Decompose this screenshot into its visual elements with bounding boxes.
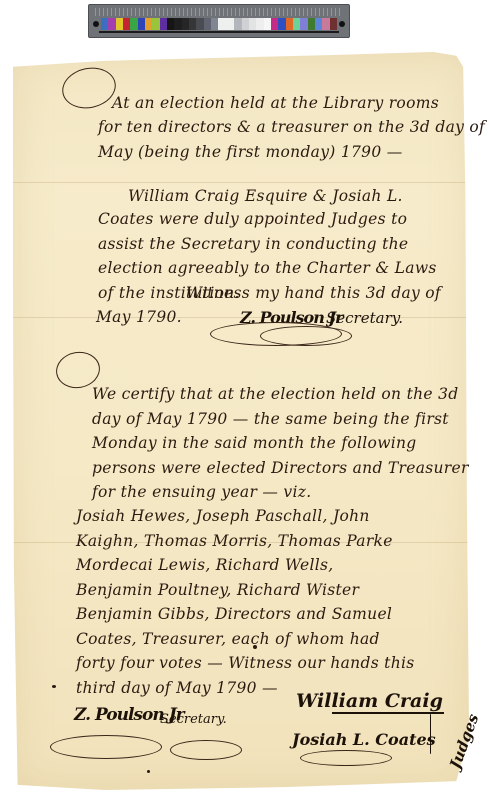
color-swatch <box>160 18 167 30</box>
election-notice-paragraph: At an election held at the Library rooms <box>112 91 439 116</box>
witness-date: May 1790. <box>96 305 182 330</box>
color-swatch <box>204 18 211 30</box>
text-line: Josiah Hewes, Joseph Paschall, John <box>76 504 415 529</box>
color-swatch <box>138 18 145 30</box>
text-line: We certify that at the election held on … <box>92 382 469 407</box>
color-swatch <box>116 18 123 30</box>
mount-hole <box>93 21 99 27</box>
text-line: assist the Secretary in conducting the <box>98 232 437 257</box>
text-line: forty four votes — Witness our hands thi… <box>76 651 415 676</box>
signature-flourish <box>170 740 242 760</box>
color-swatch <box>242 18 249 30</box>
color-swatch <box>108 18 115 30</box>
color-swatch <box>271 18 278 30</box>
judges-bracket <box>430 714 432 754</box>
text-line: for ten directors & a treasurer on the 3… <box>98 115 485 140</box>
color-swatch <box>249 18 256 30</box>
ink-blot <box>52 685 56 688</box>
ink-blot <box>253 645 257 649</box>
color-swatch <box>123 18 130 30</box>
text-line: election agreeably to the Charter & Laws <box>98 256 437 281</box>
color-swatch <box>130 18 137 30</box>
text-line: Monday in the said month the following <box>92 431 469 456</box>
text-line: Benjamin Gibbs, Directors and Samuel <box>76 602 415 627</box>
target-bar <box>99 31 339 33</box>
judges-appointment-paragraph: William Craig Esquire & Josiah L. <box>128 184 403 209</box>
witness-line: Witness my hand this 3d day of <box>186 281 441 306</box>
election-notice-paragraph-cont: for ten directors & a treasurer on the 3… <box>98 115 485 164</box>
paper-fold <box>13 182 470 183</box>
color-swatch <box>264 18 271 30</box>
color-swatch <box>101 18 108 30</box>
color-swatch <box>322 18 329 30</box>
text-line: Coates were duly appointed Judges to <box>98 207 437 232</box>
text-line: William Craig Esquire & Josiah L. <box>128 184 403 209</box>
color-swatch <box>182 18 189 30</box>
text-line: At an election held at the Library rooms <box>112 91 439 116</box>
color-swatch <box>286 18 293 30</box>
text-line: Coates, Treasurer, each of whom had <box>76 627 415 652</box>
text-line: May (being the first monday) 1790 — <box>98 140 485 165</box>
color-calibration-target <box>88 4 350 38</box>
signature-flourish <box>300 750 392 766</box>
certification-paragraph: We certify that at the election held on … <box>92 382 469 505</box>
color-swatch <box>167 18 174 30</box>
color-swatch <box>196 18 203 30</box>
target-label-card <box>218 18 234 30</box>
color-swatch <box>300 18 307 30</box>
text-line: Benjamin Poultney, Richard Wister <box>76 578 415 603</box>
ink-blot <box>147 770 150 773</box>
color-swatches <box>101 18 337 30</box>
signature-flourish <box>260 326 352 346</box>
text-line: Witness my hand this 3d day of <box>186 281 441 306</box>
color-swatch <box>174 18 181 30</box>
signature-flourish <box>50 735 162 759</box>
text-line: Kaighn, Thomas Morris, Thomas Parke <box>76 529 415 554</box>
judge-signature-craig: William Craig <box>296 690 443 712</box>
color-swatch <box>278 18 285 30</box>
ruler-scale <box>95 8 343 16</box>
color-swatch <box>293 18 300 30</box>
color-swatch <box>256 18 263 30</box>
color-swatch <box>308 18 315 30</box>
text-line: for the ensuing year — viz. <box>92 480 469 505</box>
color-swatch <box>152 18 159 30</box>
elected-names-list: Josiah Hewes, Joseph Paschall, John Kaig… <box>76 504 415 700</box>
signature-underline <box>332 712 444 714</box>
color-swatch <box>234 18 241 30</box>
secretary-title-2: Secretary. <box>160 712 227 727</box>
color-swatch <box>145 18 152 30</box>
judge-signature-coates: Josiah L. Coates <box>292 730 436 749</box>
text-line: May 1790. <box>96 305 182 330</box>
color-swatch <box>211 18 218 30</box>
text-line: day of May 1790 — the same being the fir… <box>92 407 469 432</box>
secretary-title-1: Secretary. <box>326 309 403 327</box>
text-line: persons were elected Directors and Treas… <box>92 456 469 481</box>
mount-hole <box>339 21 345 27</box>
color-swatch <box>330 18 337 30</box>
text-line: Mordecai Lewis, Richard Wells, <box>76 553 415 578</box>
color-swatch <box>315 18 322 30</box>
color-swatch <box>189 18 196 30</box>
